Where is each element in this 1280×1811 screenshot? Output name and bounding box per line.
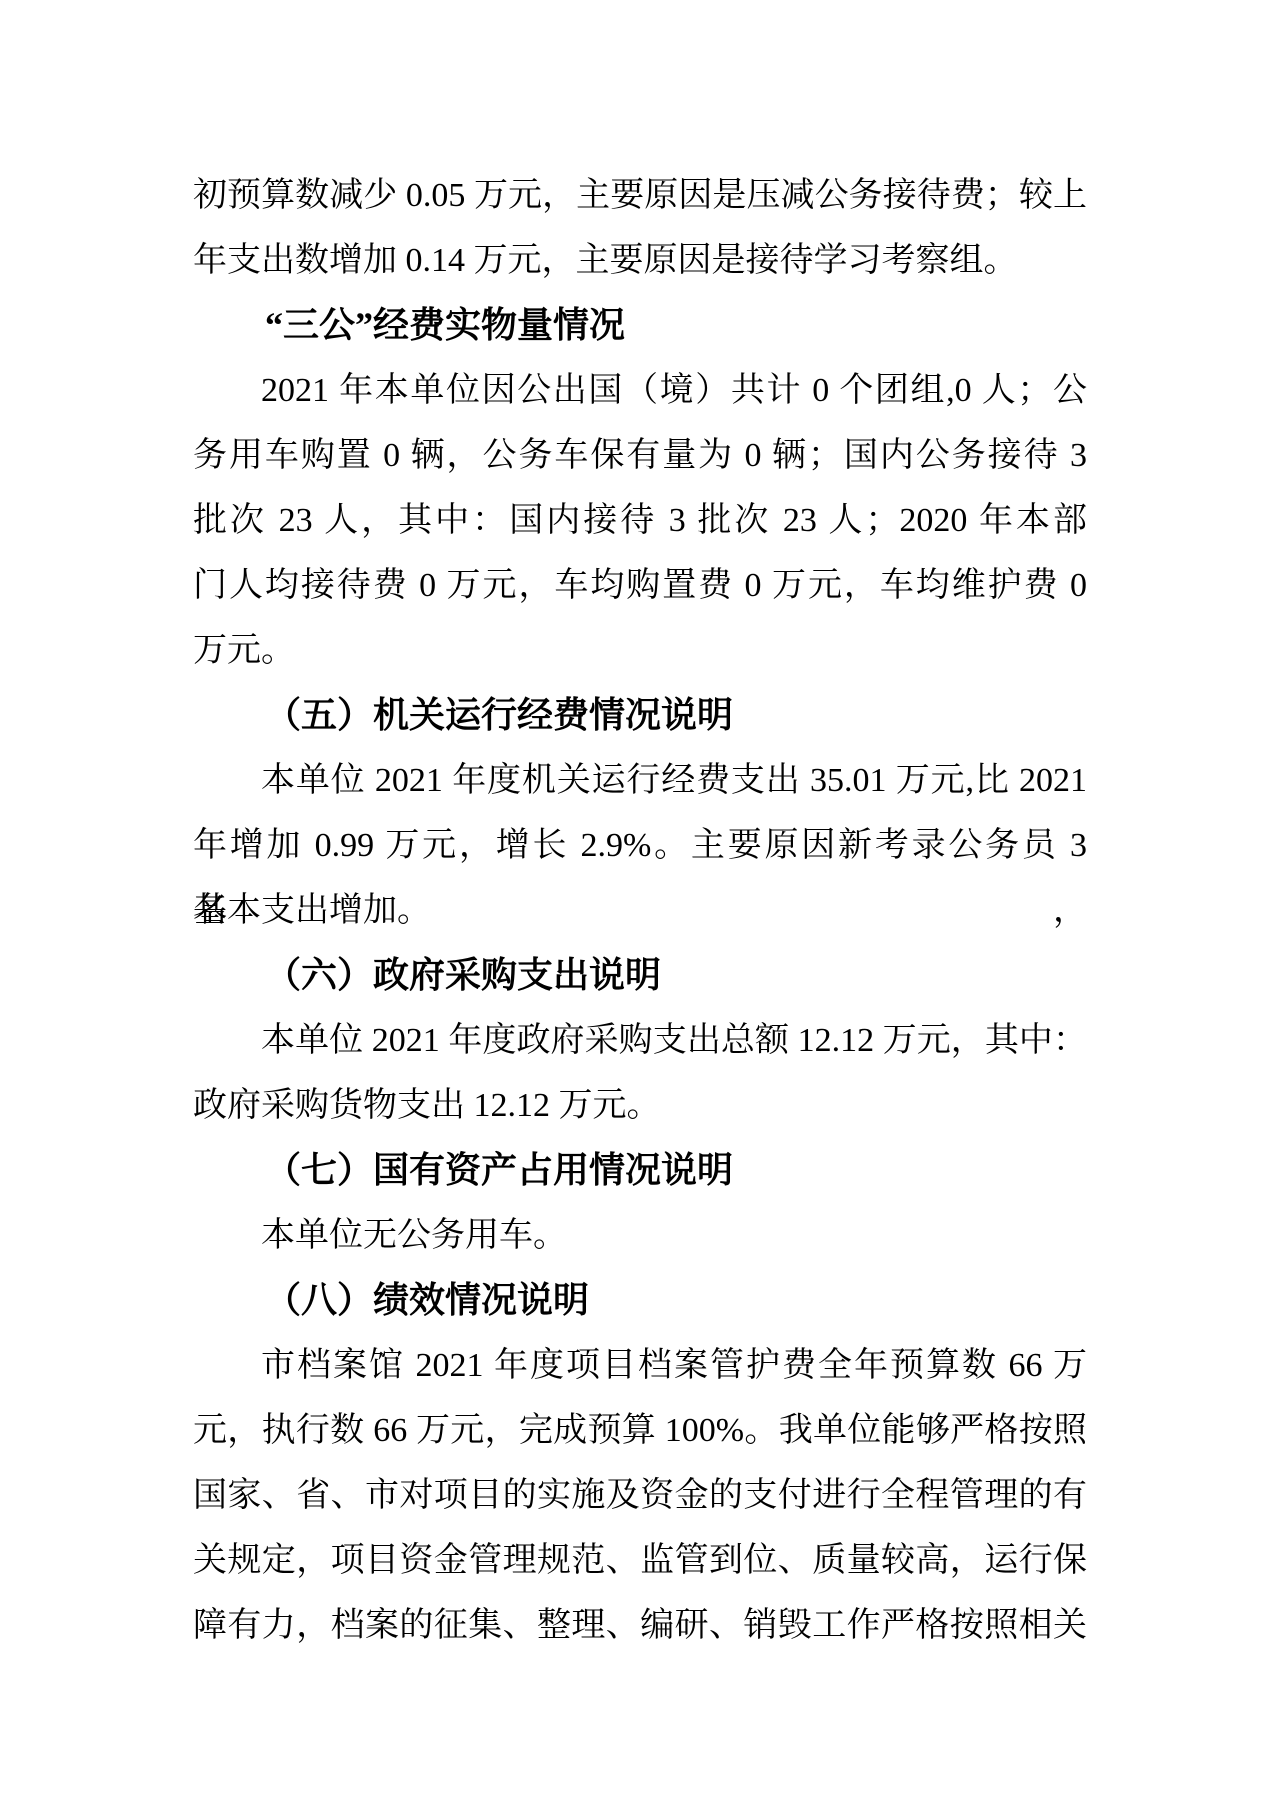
text-line: 批次 23 人，其中：国内接待 3 批次 23 人；2020 年本部 <box>193 488 1087 553</box>
section-heading-three-public-physical: “三公”经费实物量情况 <box>193 293 1087 358</box>
text-line: 元，执行数 66 万元，完成预算 100%。我单位能够严格按照 <box>193 1398 1087 1463</box>
section-heading-performance: （八）绩效情况说明 <box>193 1268 1087 1333</box>
paragraph-gov-procurement: 本单位 2021 年度政府采购支出总额 12.12 万元，其中： 政府采购货物支… <box>193 1008 1087 1138</box>
text-line: 障有力，档案的征集、整理、编研、销毁工作严格按照相关 <box>193 1593 1087 1658</box>
document-page: 初预算数减少 0.05 万元，主要原因是压减公务接待费；较上 年支出数增加 0.… <box>0 0 1280 1811</box>
section-heading-operating-expense: （五）机关运行经费情况说明 <box>193 683 1087 748</box>
section-heading-text: （七）国有资产占用情况说明 <box>193 1138 1087 1203</box>
text-line: 政府采购货物支出 12.12 万元。 <box>193 1073 1087 1138</box>
section-heading-text: （六）政府采购支出说明 <box>193 943 1087 1008</box>
document-content: 初预算数减少 0.05 万元，主要原因是压减公务接待费；较上 年支出数增加 0.… <box>193 163 1087 1658</box>
text-line: 初预算数减少 0.05 万元，主要原因是压减公务接待费；较上 <box>193 163 1087 228</box>
section-heading-gov-procurement: （六）政府采购支出说明 <box>193 943 1087 1008</box>
paragraph-performance: 市档案馆 2021 年度项目档案管护费全年预算数 66 万 元，执行数 66 万… <box>193 1333 1087 1658</box>
text-line: 年增加 0.99 万元，增长 2.9%。主要原因新考录公务员 3 名， <box>193 813 1087 878</box>
text-line: 关规定，项目资金管理规范、监管到位、质量较高，运行保 <box>193 1528 1087 1593</box>
text-line: 年支出数增加 0.14 万元，主要原因是接待学习考察组。 <box>193 228 1087 293</box>
section-heading-state-assets: （七）国有资产占用情况说明 <box>193 1138 1087 1203</box>
text-line: 务用车购置 0 辆，公务车保有量为 0 辆；国内公务接待 3 <box>193 423 1087 488</box>
paragraph-budget-change: 初预算数减少 0.05 万元，主要原因是压减公务接待费；较上 年支出数增加 0.… <box>193 163 1087 293</box>
paragraph-three-public-details: 2021 年本单位因公出国（境）共计 0 个团组,0 人；公 务用车购置 0 辆… <box>193 358 1087 683</box>
section-heading-text: （八）绩效情况说明 <box>193 1268 1087 1333</box>
text-line: 门人均接待费 0 万元，车均购置费 0 万元，车均维护费 0 <box>193 553 1087 618</box>
text-line: 市档案馆 2021 年度项目档案管护费全年预算数 66 万 <box>193 1333 1087 1398</box>
section-heading-text: （五）机关运行经费情况说明 <box>193 683 1087 748</box>
paragraph-state-assets: 本单位无公务用车。 <box>193 1203 1087 1268</box>
text-line: 本单位 2021 年度政府采购支出总额 12.12 万元，其中： <box>193 1008 1087 1073</box>
section-heading-text: “三公”经费实物量情况 <box>193 293 1087 358</box>
text-line: 国家、省、市对项目的实施及资金的支付进行全程管理的有 <box>193 1463 1087 1528</box>
text-line: 本单位无公务用车。 <box>193 1203 1087 1268</box>
paragraph-operating-expense: 本单位 2021 年度机关运行经费支出 35.01 万元,比 2021 年增加 … <box>193 748 1087 943</box>
text-line: 万元。 <box>193 618 1087 683</box>
text-line: 本单位 2021 年度机关运行经费支出 35.01 万元,比 2021 <box>193 748 1087 813</box>
text-line: 2021 年本单位因公出国（境）共计 0 个团组,0 人；公 <box>193 358 1087 423</box>
